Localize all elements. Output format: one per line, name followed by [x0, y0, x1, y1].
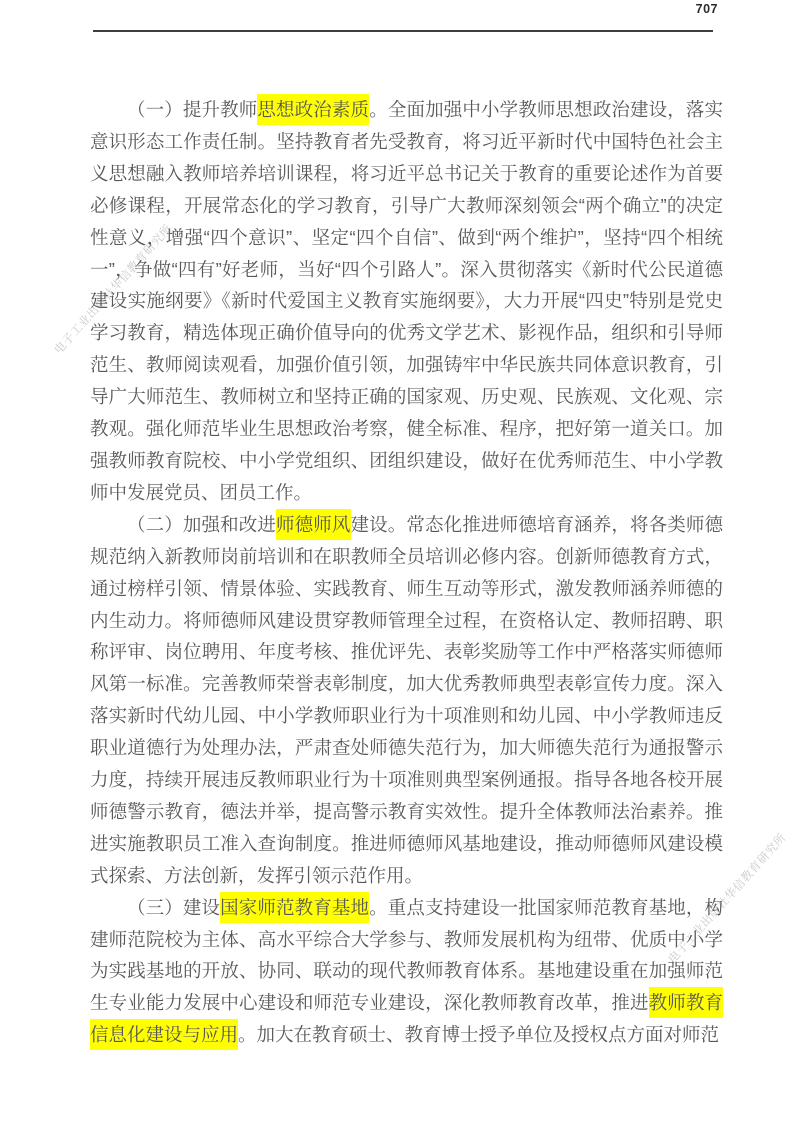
page-number: 707: [696, 2, 718, 16]
paragraph: （二）加强和改进师德师风建设。常态化推进师德培育涵养，将各类师德规范纳入新教师岗…: [90, 509, 723, 892]
text-segment: （一）提升教师: [127, 99, 257, 120]
text-segment: （三）建设: [127, 897, 220, 918]
text-segment: 。加大在教育硕士、教育博士授予单位及授权点方面对师范: [238, 1024, 719, 1045]
text-segment: （二）加强和改进: [127, 514, 276, 535]
highlighted-text: 国家师范教育基地: [220, 892, 369, 923]
highlighted-text: 师德师风: [276, 509, 351, 540]
paragraph: （一）提升教师思想政治素质。全面加强中小学教师思想政治建设，落实意识形态工作责任…: [90, 94, 723, 509]
highlighted-text: 思想政治素质: [257, 94, 369, 125]
header-rule: [93, 30, 713, 32]
text-segment: 。全面加强中小学教师思想政治建设，落实意识形态工作责任制。坚持教育者先受教育，将…: [90, 99, 723, 503]
paragraph: （三）建设国家师范教育基地。重点支持建设一批国家师范教育基地，构建师范院校为主体…: [90, 892, 723, 1052]
text-segment: 建设。常态化推进师德培育涵养，将各类师德规范纳入新教师岗前培训和在职教师全员培训…: [90, 514, 723, 886]
document-body: （一）提升教师思想政治素质。全面加强中小学教师思想政治建设，落实意识形态工作责任…: [90, 94, 723, 1051]
document-page: 707 电子工业出版社华信教育研究所 电子工业出版社华信教育研究所 （一）提升教…: [0, 0, 793, 1122]
